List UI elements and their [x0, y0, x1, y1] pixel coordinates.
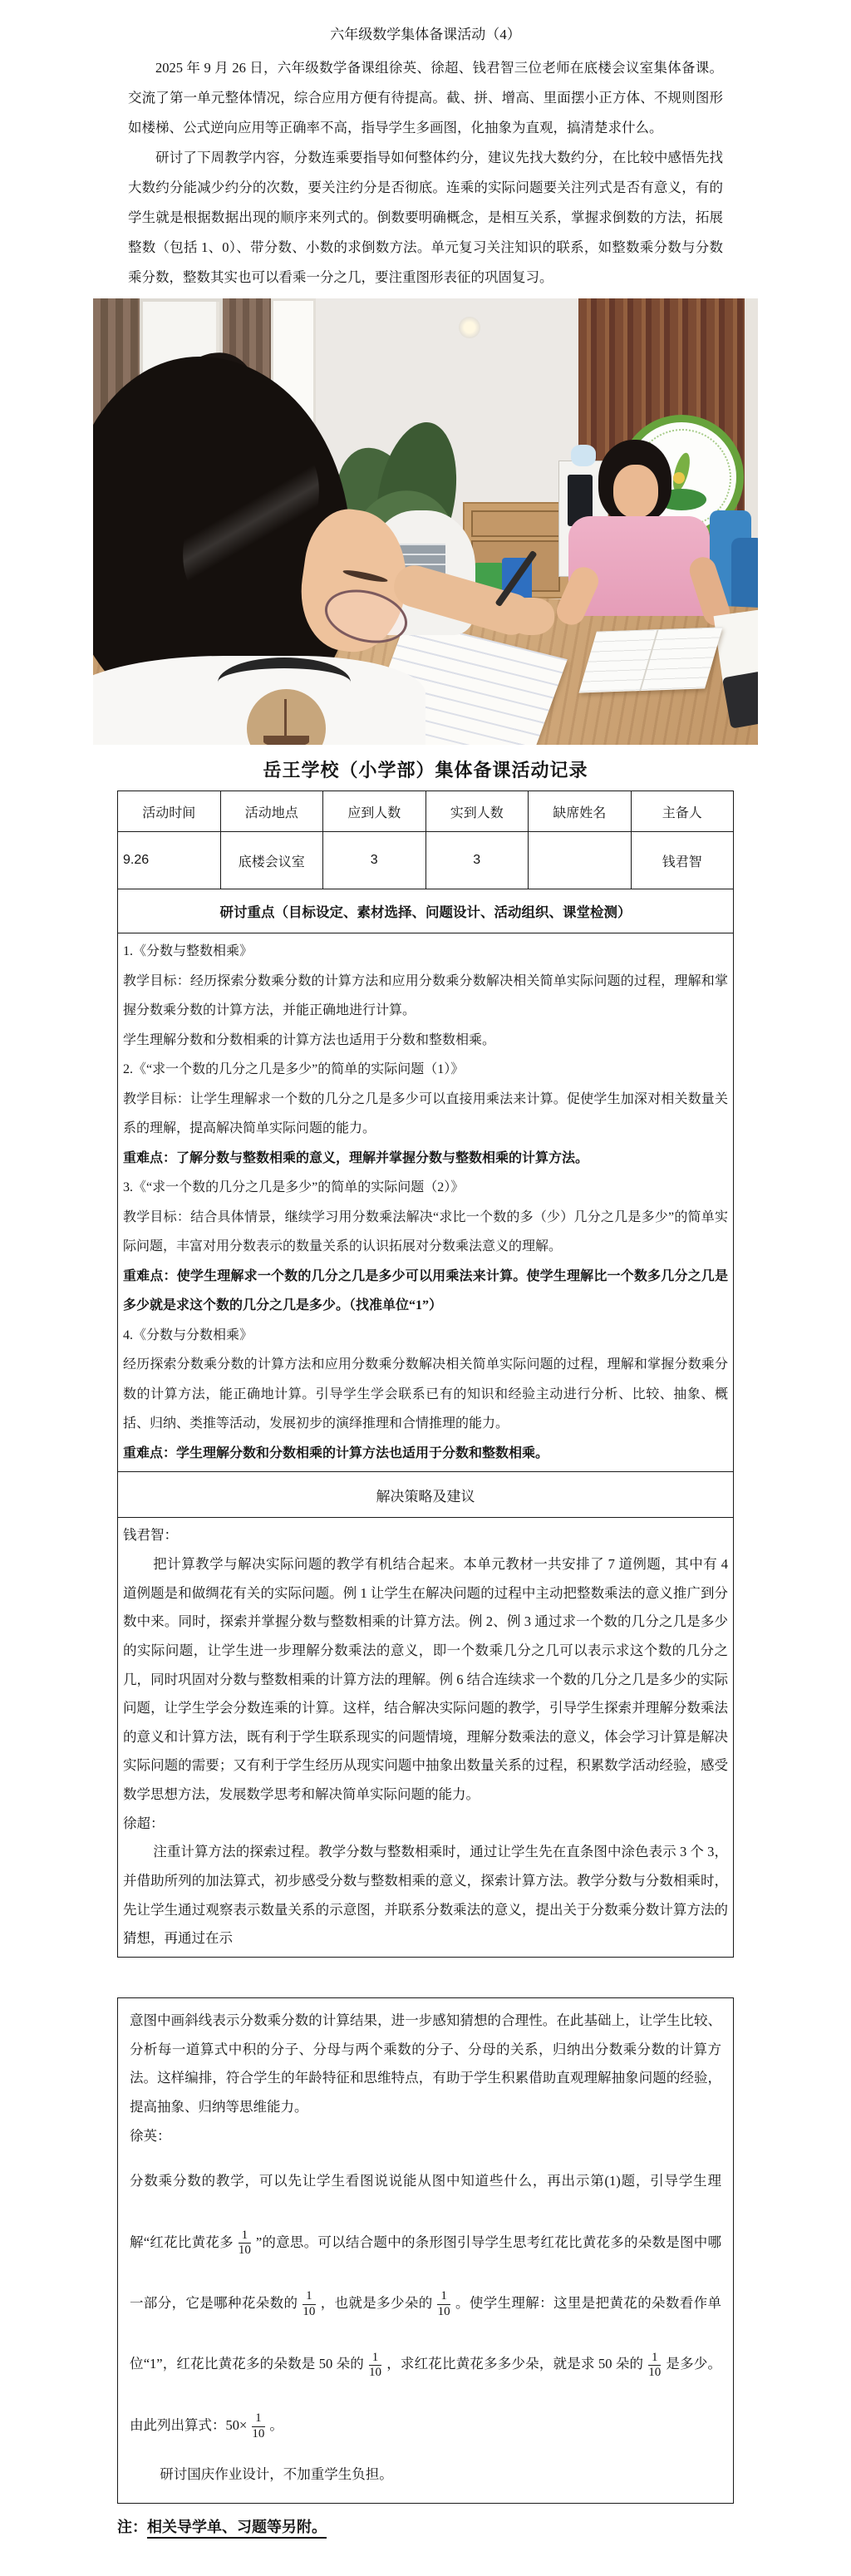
lesson-title-3: 3.《“求一个数的几分之几是多少”的简单的实际问题（2）》 — [123, 1173, 728, 1203]
open-booklet — [578, 627, 722, 692]
fraction-one-tenth: 110 — [647, 2351, 662, 2381]
strategy-title: 解决策略及建议 — [118, 1472, 734, 1518]
cell-lead-preparer: 钱君智 — [631, 832, 734, 889]
doc-title: 六年级数学集体备课活动（4） — [125, 22, 726, 48]
cell-absent-names — [529, 832, 632, 889]
xuying-segment: ，也就是多少朵的 — [320, 2295, 432, 2311]
xuying-comment: 分数乘分数的教学，可以先让学生看图说说能从图中知道些什么，再出示第(1)题，引导… — [130, 2150, 721, 2455]
xuchao-comment-part2: 意图中画斜线表示分数乘分数的计算结果，进一步感知猜想的合理性。在此基础上，让学生… — [130, 2007, 721, 2122]
cell-activity-place: 底楼会议室 — [220, 832, 323, 889]
record-title: 岳王学校（小学部）集体备课活动记录 — [117, 756, 734, 782]
header-activity-place: 活动地点 — [220, 791, 323, 832]
lesson-title-1: 1.《分数与整数相乘》 — [123, 937, 728, 967]
attachment-note: 注：相关导学单、习题等另附。 — [117, 2515, 734, 2537]
meeting-photo — [93, 298, 758, 745]
cell-actual-count: 3 — [425, 832, 529, 889]
discussion-continuation-block: 意图中画斜线表示分数乘分数的计算结果，进一步感知猜想的合理性。在此基础上，让学生… — [117, 1997, 734, 2504]
meeting-record-table: 活动时间 活动地点 应到人数 实到人数 缺席姓名 主备人 9.26 底楼会议室 … — [117, 791, 734, 1958]
fraction-one-tenth: 110 — [436, 2289, 452, 2319]
header-expected-count: 应到人数 — [323, 791, 426, 832]
table-header-row: 活动时间 活动地点 应到人数 实到人数 缺席姓名 主备人 — [118, 791, 734, 832]
speaker-xuying: 徐英： — [130, 2122, 721, 2151]
fraction-one-tenth: 110 — [301, 2289, 317, 2319]
teacher-right-face — [613, 465, 658, 518]
note-text: 相关导学单、习题等另附。 — [147, 2519, 327, 2535]
ceiling-light — [459, 317, 480, 338]
cabinet-drawer — [471, 510, 560, 537]
qianjunzhi-comment: 把计算教学与解决实际问题的教学有机结合起来。本单元教材一共安排了 7 道例题，其… — [123, 1550, 728, 1810]
lesson-keypoint-3: 重难点：使学生理解求一个数的几分之几是多少可以用乘法来计算。使学生理解比一个数多… — [123, 1262, 728, 1321]
page-break-gap — [0, 1958, 851, 1997]
lesson-goal-4: 经历探索分数乘分数的计算方法和应用分数乘分数解决相关简单实际问题的过程，理解和掌… — [123, 1350, 728, 1439]
note-prefix: 注： — [117, 2519, 147, 2535]
discussion-cell: 钱君智： 把计算教学与解决实际问题的教学有机结合起来。本单元教材一共安排了 7 … — [118, 1518, 734, 1958]
header-lead-preparer: 主备人 — [631, 791, 734, 832]
xuchao-comment-part1: 注重计算方法的探索过程。教学分数与整数相乘时，通过让学生先在直条图中涂色表示 3… — [123, 1838, 728, 1953]
header-activity-time: 活动时间 — [118, 791, 221, 832]
fraction-one-tenth: 110 — [250, 2411, 266, 2441]
lesson-note-1: 学生理解分数和分数相乘的计算方法也适用于分数和整数相乘。 — [123, 1026, 728, 1056]
strategy-header-row: 解决策略及建议 — [118, 1472, 734, 1518]
fraction-one-tenth: 110 — [237, 2229, 253, 2258]
cell-activity-time: 9.26 — [118, 832, 221, 889]
lessons-cell: 1.《分数与整数相乘》 教学目标：经历探索分数乘分数的计算方法和应用分数乘分数解… — [118, 933, 734, 1472]
document-page: 六年级数学集体备课活动（4） 2025 年 9 月 26 日，六年级数学备课组徐… — [0, 0, 851, 2570]
xuying-segment: ，求红花比黄花多多少朵，就是求 50 朵的 — [386, 2356, 643, 2372]
speaker-xuchao: 徐超： — [123, 1810, 728, 1839]
fraction-one-tenth: 110 — [367, 2351, 383, 2381]
intro-paragraph-1: 2025 年 9 月 26 日，六年级数学备课组徐英、徐超、钱君智三位老师在底楼… — [128, 53, 723, 143]
lesson-keypoint-4: 重难点：学生理解分数和分数相乘的计算方法也适用于分数和整数相乘。 — [123, 1439, 728, 1469]
ship-mast — [284, 699, 287, 741]
ship-hull — [263, 736, 309, 745]
focus-title: 研讨重点（目标设定、素材选择、问题设计、活动组织、课堂检测） — [118, 889, 734, 933]
header-absent-names: 缺席姓名 — [529, 791, 632, 832]
lesson-goal-1: 教学目标：经历探索分数乘分数的计算方法和应用分数乘分数解决相关简单实际问题的过程… — [123, 967, 728, 1026]
speaker-qianjunzhi: 钱君智： — [123, 1521, 728, 1550]
dispenser-bottle — [571, 445, 596, 466]
lesson-goal-2: 教学目标：让学生理解求一个数的几分之几是多少可以直接用乘法来计算。促使学生加深对… — [123, 1085, 728, 1144]
lesson-title-2: 2.《“求一个数的几分之几是多少”的简单的实际问题（1）》 — [123, 1055, 728, 1085]
header-actual-count: 实到人数 — [425, 791, 529, 832]
lessons-row: 1.《分数与整数相乘》 教学目标：经历探索分数乘分数的计算方法和应用分数乘分数解… — [118, 933, 734, 1472]
closing-line: 研讨国庆作业设计，不加重学生负担。 — [130, 2460, 721, 2490]
lesson-goal-3: 教学目标：结合具体情景，继续学习用分数乘法解决“求比一个数的多（少）几分之几是多… — [123, 1203, 728, 1262]
discussion-row: 钱君智： 把计算教学与解决实际问题的教学有机结合起来。本单元教材一共安排了 7 … — [118, 1518, 734, 1958]
focus-row: 研讨重点（目标设定、素材选择、问题设计、活动组织、课堂检测） — [118, 889, 734, 933]
cell-expected-count: 3 — [323, 832, 426, 889]
lesson-keypoint-2: 重难点：了解分数与整数相乘的意义，理解并掌握分数与整数相乘的计算方法。 — [123, 1144, 728, 1174]
table-data-row: 9.26 底楼会议室 3 3 钱君智 — [118, 832, 734, 889]
booklet-fold — [639, 629, 658, 691]
intro-paragraph-2: 研讨了下周教学内容，分数连乘要指导如何整体约分，建议先找大数约分，在比较中感悟先… — [128, 143, 723, 293]
teacher-foreground-hand — [509, 598, 554, 635]
logo-dot — [673, 472, 685, 484]
lesson-title-4: 4.《分数与分数相乘》 — [123, 1321, 728, 1351]
xuying-segment: 。 — [269, 2417, 283, 2433]
